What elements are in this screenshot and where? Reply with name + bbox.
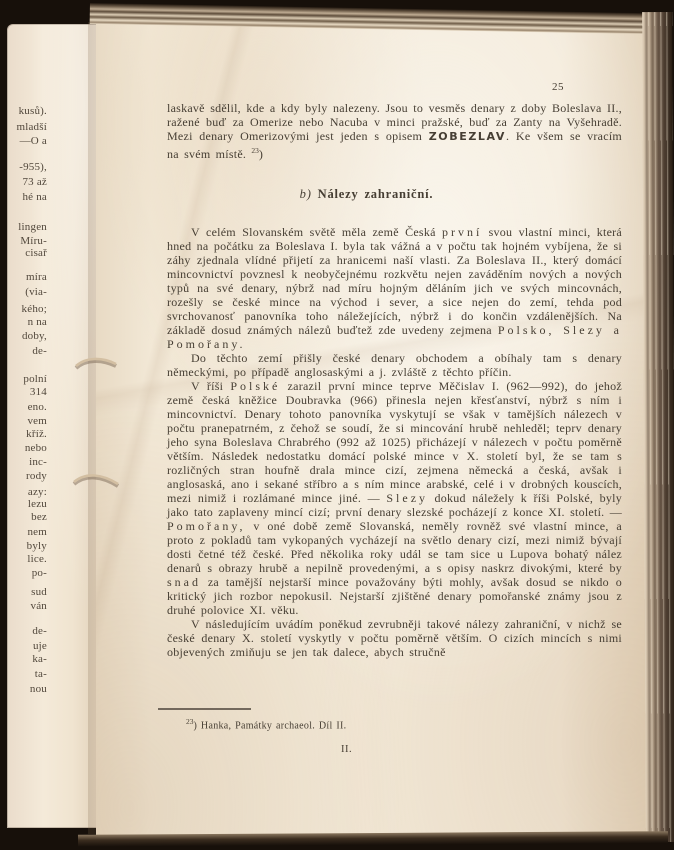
facing-page-text-fragment: doby,	[22, 330, 47, 342]
footnote: 23) Hanka, Památky archaeol. Díl II.	[186, 717, 346, 731]
facing-page-text-fragment: ka-	[32, 653, 47, 665]
text-segment: V říši	[191, 379, 230, 393]
facing-page-text-fragment: kusů).	[19, 105, 47, 117]
text-segment: za tamější nejstarší mince považovány bý…	[167, 575, 622, 617]
page-stack-right-edges	[642, 12, 674, 842]
facing-page-text-fragment: nebo	[25, 442, 47, 454]
facing-page-text-fragment: byly	[27, 540, 47, 552]
facing-page-text-fragment: míra	[26, 271, 47, 283]
binding-thread-icon	[72, 352, 122, 504]
book-scan: kusů).mladší—O a-955),73 ažhé nalingenMí…	[0, 0, 674, 850]
facing-page-text-fragment: rody	[26, 470, 47, 482]
text-segment: 23	[251, 146, 259, 155]
text-segment: V následujícím uvádím poněkud zevrubněji…	[167, 617, 622, 659]
text-segment: V celém Slovanském světě měla země Česká	[191, 225, 442, 239]
footnote-rule	[158, 708, 251, 710]
text-segment: Do těchto zemí přišly české denary obcho…	[167, 351, 622, 379]
section-heading: b) Nálezy zahraniční.	[139, 187, 594, 201]
facing-page-text-fragment: nem	[27, 526, 47, 538]
facing-page-text-fragment: lingen	[18, 221, 47, 233]
paragraph: V následujícím uvádím poněkud zevrubněji…	[167, 617, 622, 659]
facing-page-text-fragment: 73 až	[22, 176, 47, 188]
facing-page-text-fragment: lice.	[27, 553, 47, 565]
text-segment: první	[442, 225, 482, 239]
text-segment: 23	[186, 717, 194, 726]
facing-page-text-fragment: cisař	[25, 247, 47, 259]
page-number: 25	[552, 81, 564, 93]
text-segment: svou vlastní minci, která hned na počátk…	[167, 225, 622, 337]
text-segment: Polské	[230, 379, 280, 393]
facing-page-text-fragment: hé na	[22, 191, 47, 203]
text-segment: ) Hanka, Památky archaeol. Díl II.	[194, 720, 347, 731]
facing-page-text-fragment: 314	[30, 386, 47, 398]
paragraph: Do těchto zemí přišly české denary obcho…	[167, 351, 622, 379]
signature-mark: II.	[341, 744, 352, 755]
facing-page-text-fragment: inc-	[29, 456, 47, 468]
facing-page-text-fragment: de-	[32, 625, 47, 637]
facing-page-text-fragment: polní	[23, 373, 47, 385]
facing-page-text-fragment: —O a	[20, 135, 47, 147]
facing-page-text-fragment: azy:	[28, 486, 47, 498]
facing-page-text-fragment: nou	[30, 683, 47, 695]
text-segment: Pomořany,	[167, 519, 246, 533]
facing-page-text-fragment: mladší	[16, 121, 47, 133]
text-segment: b)	[300, 187, 318, 201]
facing-page-text-fragment: -955),	[19, 161, 47, 173]
facing-page-text-fragment: kříž.	[26, 428, 47, 440]
page: 25 laskavě sdělil, kde a kdy byly naleze…	[96, 22, 648, 841]
text-segment: snad	[167, 575, 201, 589]
facing-page-text-fragment: (via-	[25, 286, 47, 298]
facing-page-text-fragment: ta-	[35, 668, 47, 680]
facing-page-text-fragment: po-	[32, 567, 47, 579]
facing-page-text-fragment: lezu	[28, 498, 47, 510]
facing-page-text-fragment: Míru-	[20, 235, 47, 247]
paragraph: V celém Slovanském světě měla země Česká…	[167, 225, 622, 351]
facing-page-text-fragment: n na	[28, 316, 47, 328]
facing-page-text-fragment: sud	[31, 586, 47, 598]
text-segment: )	[259, 147, 263, 161]
facing-page-text-fragment: eno.	[28, 401, 47, 413]
page-bottom-edge	[78, 831, 668, 847]
facing-page-text-fragment: de-	[32, 345, 47, 357]
facing-page-text-fragment: vem	[27, 415, 47, 427]
paragraph: laskavě sdělil, kde a kdy byly nalezeny.…	[167, 101, 622, 161]
facing-page-text-fragment: kého;	[22, 303, 47, 315]
facing-page-text-fragment: bez	[31, 511, 47, 523]
facing-page-text-fragment: ván	[31, 600, 47, 612]
text-segment: Slezy	[386, 491, 428, 505]
text-segment: ZOBEZLAV	[429, 130, 506, 143]
paragraph: V říši Polské zarazil první mince teprve…	[167, 379, 622, 617]
text-block: laskavě sdělil, kde a kdy byly nalezeny.…	[167, 101, 622, 659]
facing-page-text-fragment: uje	[33, 640, 47, 652]
text-segment: Nálezy zahraniční.	[318, 187, 434, 201]
text-segment: zarazil první mince teprve Měčislav I. (…	[167, 379, 622, 505]
